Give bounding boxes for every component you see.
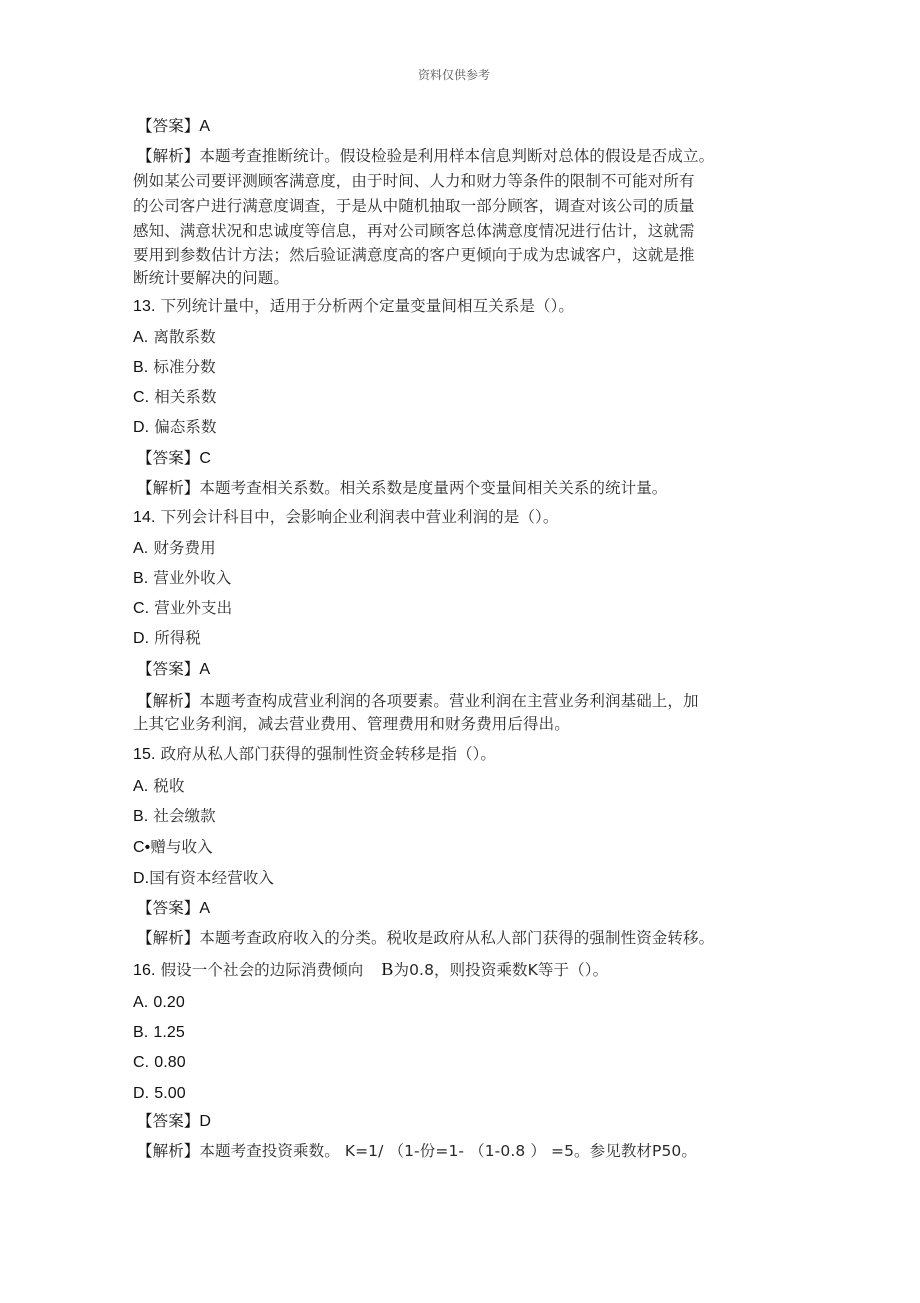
option-text: 5.00 [154,1085,186,1102]
analysis-label: 【解析】 [137,147,199,165]
q16-option-b: B. 1.25 [133,1022,185,1043]
question-text-part2: 为0.8，则投资乘数K等于（）。 [394,961,609,979]
q12-analysis-line-6: 断统计要解决的问题。 [133,268,289,288]
question-symbol: B [381,959,393,979]
question-text: 政府从私人部门获得的强制性资金转移是指（）。 [161,745,496,763]
q14-option-a: A. 财务费用 [133,538,216,559]
q16-answer: 【答案】D [137,1111,211,1132]
option-text: 财务费用 [153,539,215,557]
analysis-text: 本题考查推断统计。假设检验是利用样本信息判断对总体的假设是否成立。 [199,147,714,165]
answer-label: 【答案】 [137,117,199,135]
option-text: 社会缴款 [153,807,215,825]
q14-option-b: B. 营业外收入 [133,568,231,589]
answer-label: 【答案】 [137,899,199,917]
answer-label: 【答案】 [137,1112,199,1130]
option-letter: A. [133,778,148,795]
question-number: 16. [133,962,156,979]
option-letter: A. [133,540,148,557]
q12-analysis-line-5: 要用到参数估计方法；然后验证满意度高的客户更倾向于成为忠诚客户，这就是推 [133,245,695,265]
option-letter: D. [133,870,149,887]
option-text: 国有资本经营收入 [149,869,274,887]
q13-option-b: B. 标准分数 [133,357,216,378]
q15-option-a: A. 税收 [133,776,185,797]
q15-option-c: C•赠与收入 [133,837,213,858]
option-text: 税收 [153,777,184,795]
q14-option-c: C. 营业外支出 [133,598,232,619]
answer-value: C [199,450,211,467]
q13-option-c: C. 相关系数 [133,387,217,408]
option-text: 营业外收入 [153,569,231,587]
q14-answer: 【答案】A [137,659,210,680]
option-text: 营业外支出 [154,599,232,617]
page-header: 资料仅供参考 [0,66,908,83]
analysis-text: 本题考查政府收入的分类。税收是政府从私人部门获得的强制性资金转移。 [199,929,714,947]
q12-answer: 【答案】A [137,116,210,137]
answer-label: 【答案】 [137,660,199,678]
option-letter: B. [133,359,148,376]
option-text: 标准分数 [153,358,215,376]
question-text-part1: 假设一个社会的边际消费倾向 [161,961,364,979]
option-text: 偏态系数 [154,418,216,436]
analysis-label: 【解析】 [137,479,199,497]
q15-option-d: D.国有资本经营收入 [133,868,274,889]
q15-answer: 【答案】A [137,898,210,919]
q13-question: 13. 下列统计量中，适用于分析两个定量变量间相互关系是（）。 [133,296,574,317]
option-letter: D. [133,630,149,647]
q15-question: 15. 政府从私人部门获得的强制性资金转移是指（）。 [133,744,496,765]
q14-question: 14. 下列会计科目中，会影响企业利润表中营业利润的是（）。 [133,507,558,528]
option-text: 赠与收入 [150,838,212,856]
question-text: 下列会计科目中，会影响企业利润表中营业利润的是（）。 [161,508,559,526]
q13-option-d: D. 偏态系数 [133,417,217,438]
question-text: 下列统计量中，适用于分析两个定量变量间相互关系是（）。 [161,297,574,315]
option-letter: C. [133,389,149,406]
option-letter: C. [133,1054,149,1071]
q12-analysis-line-1: 【解析】本题考查推断统计。假设检验是利用样本信息判断对总体的假设是否成立。 [137,146,714,166]
analysis-label: 【解析】 [137,692,199,710]
option-letter: A. [133,994,148,1011]
answer-value: D [199,1113,211,1130]
option-text: 0.20 [153,994,185,1011]
q16-analysis-line-1: 【解析】本题考查投资乘数。 K=1/ （1-份=1- （1-0.8 ） =5。参… [137,1141,697,1161]
option-letter: B. [133,808,148,825]
option-letter: C. [133,600,149,617]
option-text: 离散系数 [153,328,215,346]
answer-value: A [199,661,210,678]
q15-option-b: B. 社会缴款 [133,806,216,827]
q16-option-a: A. 0.20 [133,992,185,1013]
q13-option-a: A. 离散系数 [133,327,216,348]
question-number: 13. [133,298,156,315]
q14-analysis-line-1: 【解析】本题考查构成营业利润的各项要素。营业利润在主营业务利润基础上，加 [137,691,699,711]
option-letter: B. [133,570,148,587]
question-number: 14. [133,509,156,526]
q13-analysis-line-1: 【解析】本题考查相关系数。相关系数是度量两个变量间相关关系的统计量。 [137,478,667,498]
option-text: 所得税 [154,629,201,647]
question-number: 15. [133,746,156,763]
option-letter: A. [133,329,148,346]
option-text: 1.25 [153,1024,185,1041]
analysis-label: 【解析】 [137,929,199,947]
analysis-label: 【解析】 [137,1142,199,1160]
q12-analysis-line-2: 例如某公司要评测顾客满意度，由于时间、人力和财力等条件的限制不可能对所有 [133,171,695,191]
q16-question: 16. 假设一个社会的边际消费倾向B为0.8，则投资乘数K等于（）。 [133,959,608,981]
q15-analysis-line-1: 【解析】本题考查政府收入的分类。税收是政府从私人部门获得的强制性资金转移。 [137,928,714,948]
option-letter: C• [133,839,150,856]
option-text: 相关系数 [154,388,216,406]
analysis-text: 本题考查构成营业利润的各项要素。营业利润在主营业务利润基础上，加 [199,692,698,710]
q12-analysis-line-4: 感知、满意状况和忠诚度等信息，再对公司顾客总体满意度情况进行估计，这就需 [133,221,695,241]
option-letter: D. [133,419,149,436]
option-letter: B. [133,1024,148,1041]
q16-option-c: C. 0.80 [133,1052,186,1073]
q16-option-d: D. 5.00 [133,1083,186,1104]
q14-analysis-line-2: 上其它业务利润，减去营业费用、管理费用和财务费用后得出。 [133,714,570,734]
answer-label: 【答案】 [137,449,199,467]
q13-answer: 【答案】C [137,448,211,469]
answer-value: A [199,900,210,917]
option-letter: D. [133,1085,149,1102]
analysis-text: 本题考查投资乘数。 K=1/ （1-份=1- （1-0.8 ） =5。参见教材P… [199,1142,697,1160]
analysis-text: 本题考查相关系数。相关系数是度量两个变量间相关关系的统计量。 [199,479,667,497]
q12-analysis-line-3: 的公司客户进行满意度调查，于是从中随机抽取一部分顾客，调查对该公司的质量 [133,196,695,216]
option-text: 0.80 [154,1054,186,1071]
q14-option-d: D. 所得税 [133,628,201,649]
answer-value: A [199,118,210,135]
